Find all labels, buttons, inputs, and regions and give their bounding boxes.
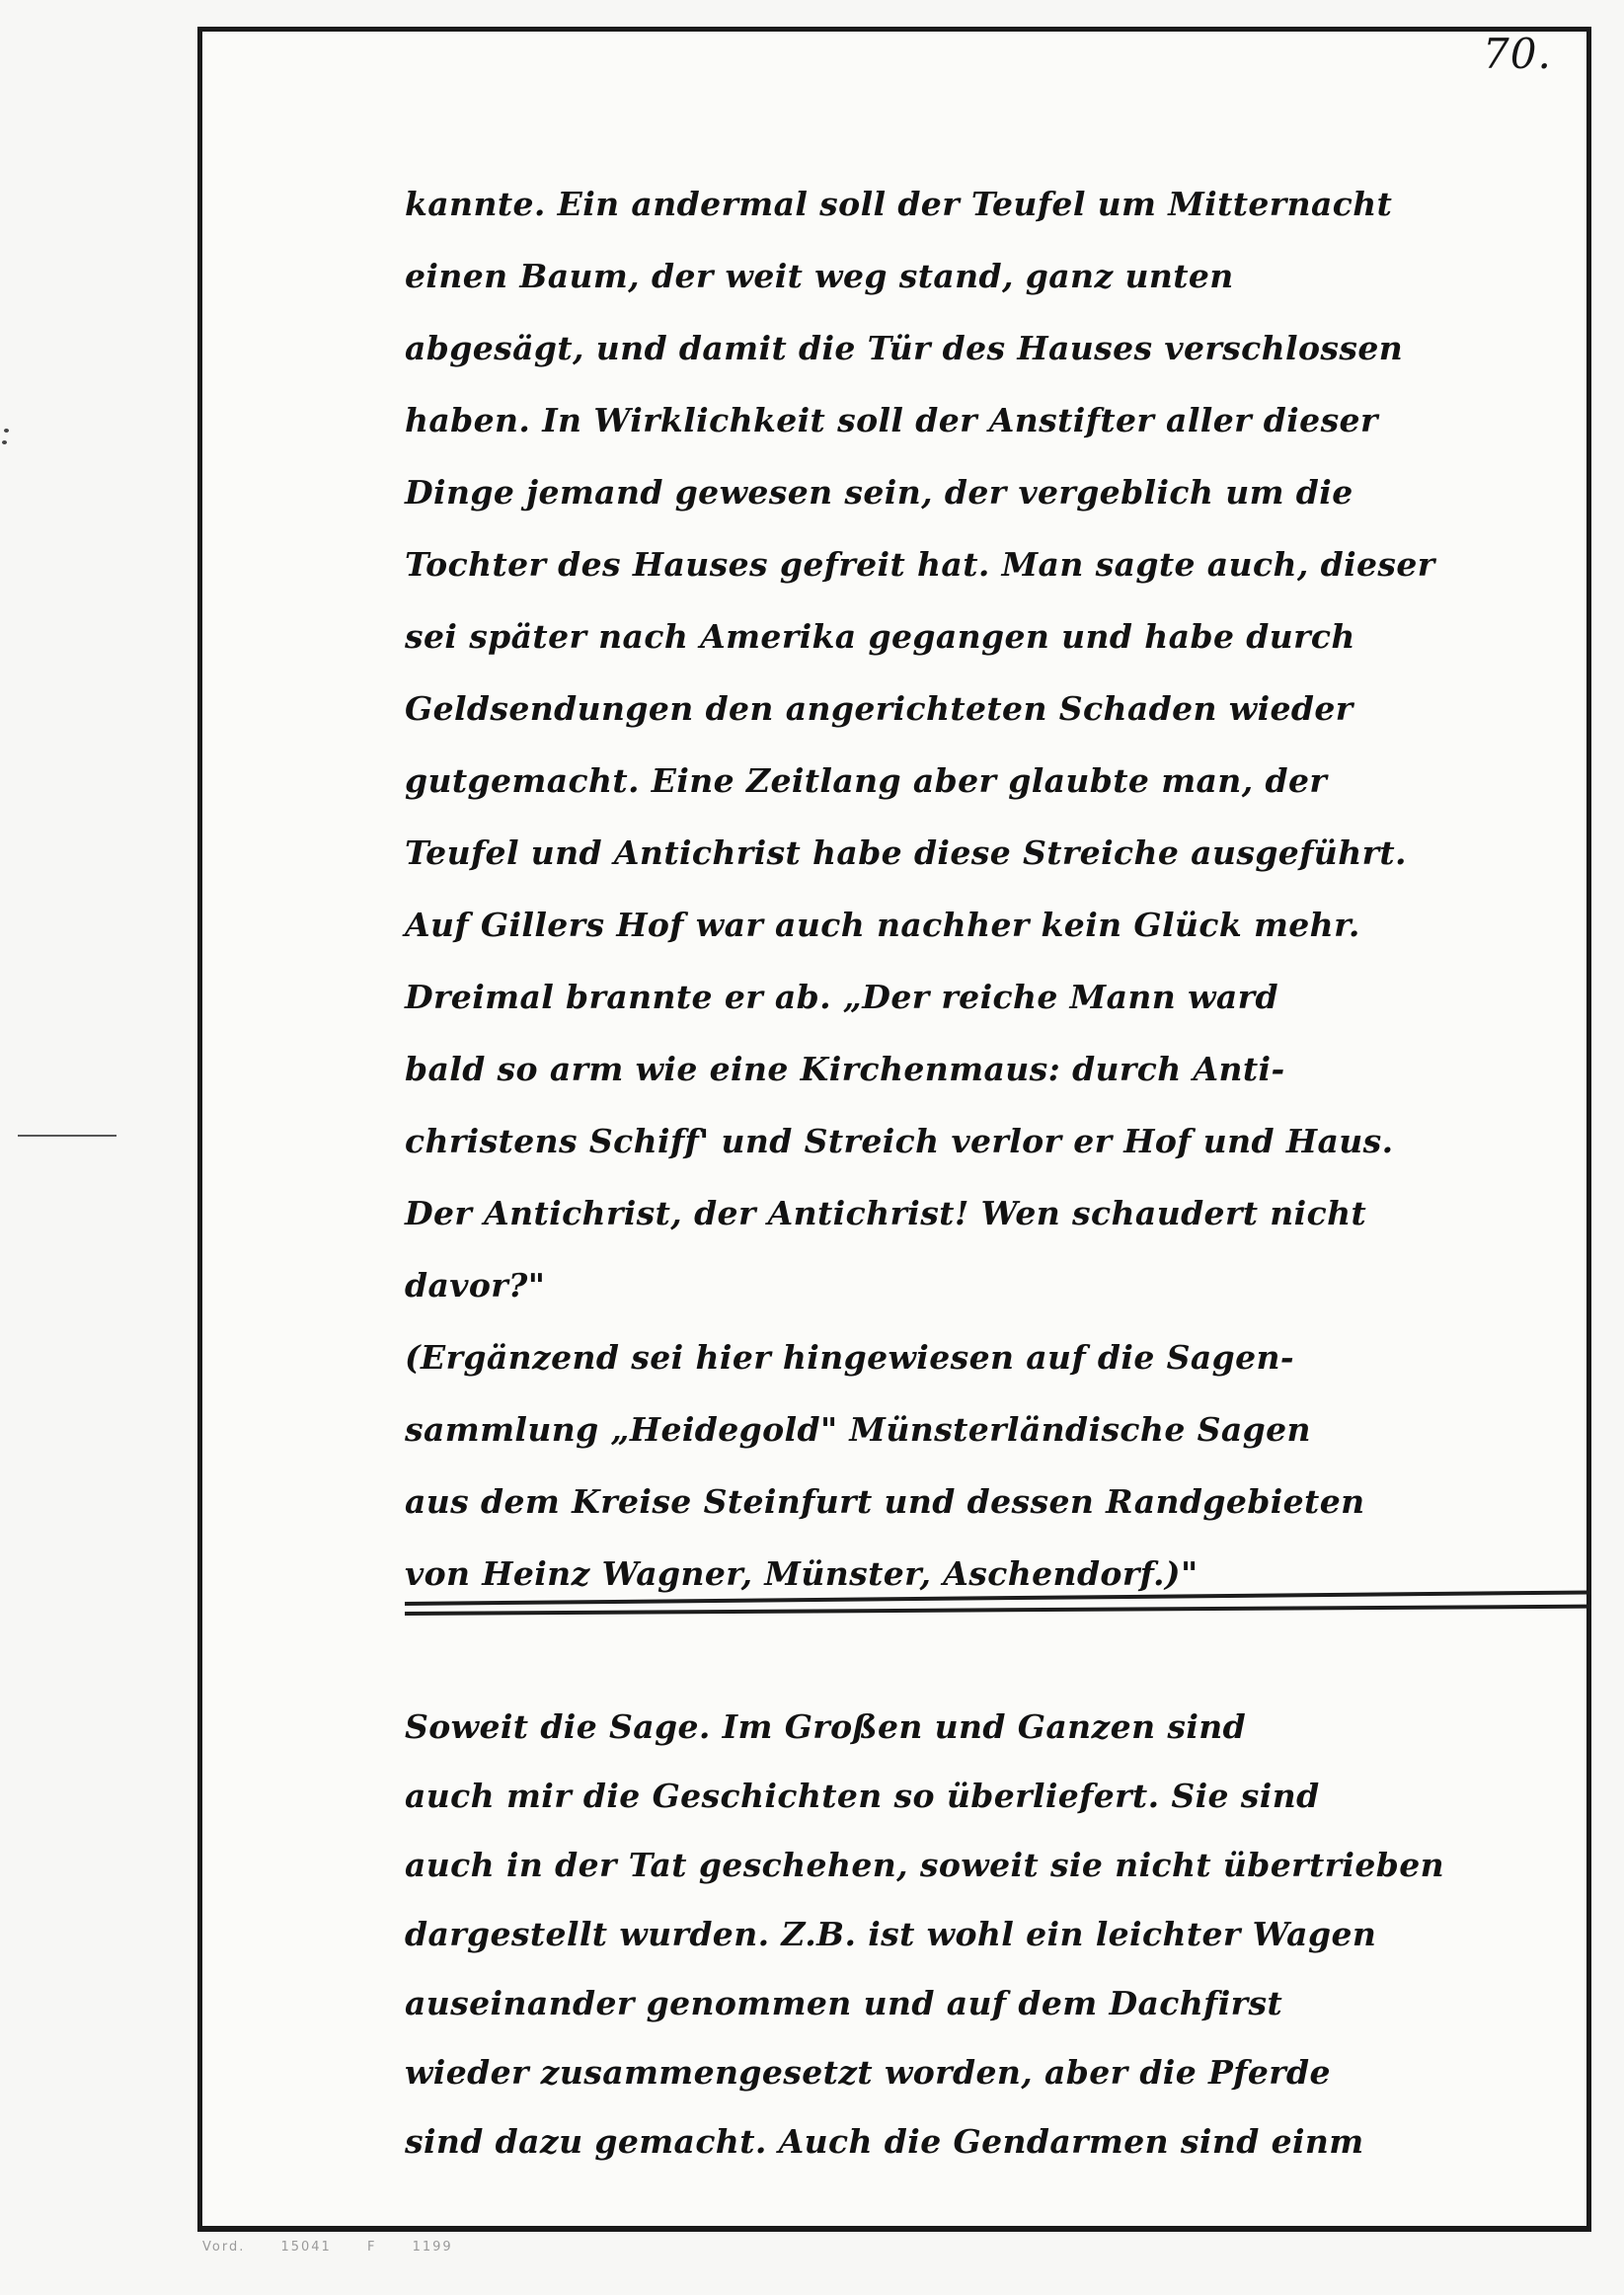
text-line: Auf Gillers Hof war auch nachher kein Gl… (405, 889, 1570, 961)
margin-speck (4, 429, 9, 433)
text-line: Der Antichrist, der Antichrist! Wen scha… (405, 1177, 1570, 1249)
text-line: auch in der Tat geschehen, soweit sie ni… (405, 1831, 1570, 1900)
text-line: auseinander genommen und auf dem Dachfir… (405, 1969, 1570, 2038)
handwritten-section-2: Soweit die Sage. Im Großen und Ganzen si… (405, 1693, 1570, 2176)
margin-line-mark (18, 1135, 116, 1137)
text-line: dargestellt wurden. Z.B. ist wohl ein le… (405, 1900, 1570, 1969)
text-line: (Ergänzend sei hier hingewiesen auf die … (405, 1321, 1570, 1393)
margin-speck (2, 440, 7, 444)
text-line: sei später nach Amerika gegangen und hab… (405, 600, 1570, 673)
text-line: bald so arm wie eine Kirchenmaus: durch … (405, 1033, 1570, 1105)
text-line: auch mir die Geschichten so überliefert.… (405, 1762, 1570, 1831)
text-line: Soweit die Sage. Im Großen und Ganzen si… (405, 1693, 1570, 1762)
printer-footer-mark: Vord. 15041 F 1199 (202, 2240, 453, 2255)
text-line: haben. In Wirklichkeit soll der Anstifte… (405, 384, 1570, 456)
text-line: Dinge jemand gewesen sein, der vergeblic… (405, 456, 1570, 528)
text-line: sammlung „Heidegold" Münsterländische Sa… (405, 1393, 1570, 1465)
text-line: kannte. Ein andermal soll der Teufel um … (405, 168, 1570, 240)
text-line: Geldsendungen den angerichteten Schaden … (405, 673, 1570, 745)
text-line: Teufel und Antichrist habe diese Streich… (405, 817, 1570, 889)
text-line: einen Baum, der weit weg stand, ganz unt… (405, 240, 1570, 312)
text-line: davor?" (405, 1249, 1570, 1321)
text-line: christens Schiff' und Streich verlor er … (405, 1105, 1570, 1177)
handwritten-section-1: kannte. Ein andermal soll der Teufel um … (405, 168, 1570, 1610)
text-line: abgesägt, und damit die Tür des Hauses v… (405, 312, 1570, 384)
text-line: wieder zusammengesetzt worden, aber die … (405, 2038, 1570, 2107)
text-line: Tochter des Hauses gefreit hat. Man sagt… (405, 528, 1570, 600)
text-line: Dreimal brannte er ab. „Der reiche Mann … (405, 961, 1570, 1033)
text-line: gutgemacht. Eine Zeitlang aber glaubte m… (405, 745, 1570, 817)
page-number: 70. (1483, 30, 1552, 78)
text-line: aus dem Kreise Steinfurt und dessen Rand… (405, 1465, 1570, 1538)
text-line: sind dazu gemacht. Auch die Gendarmen si… (405, 2107, 1570, 2176)
